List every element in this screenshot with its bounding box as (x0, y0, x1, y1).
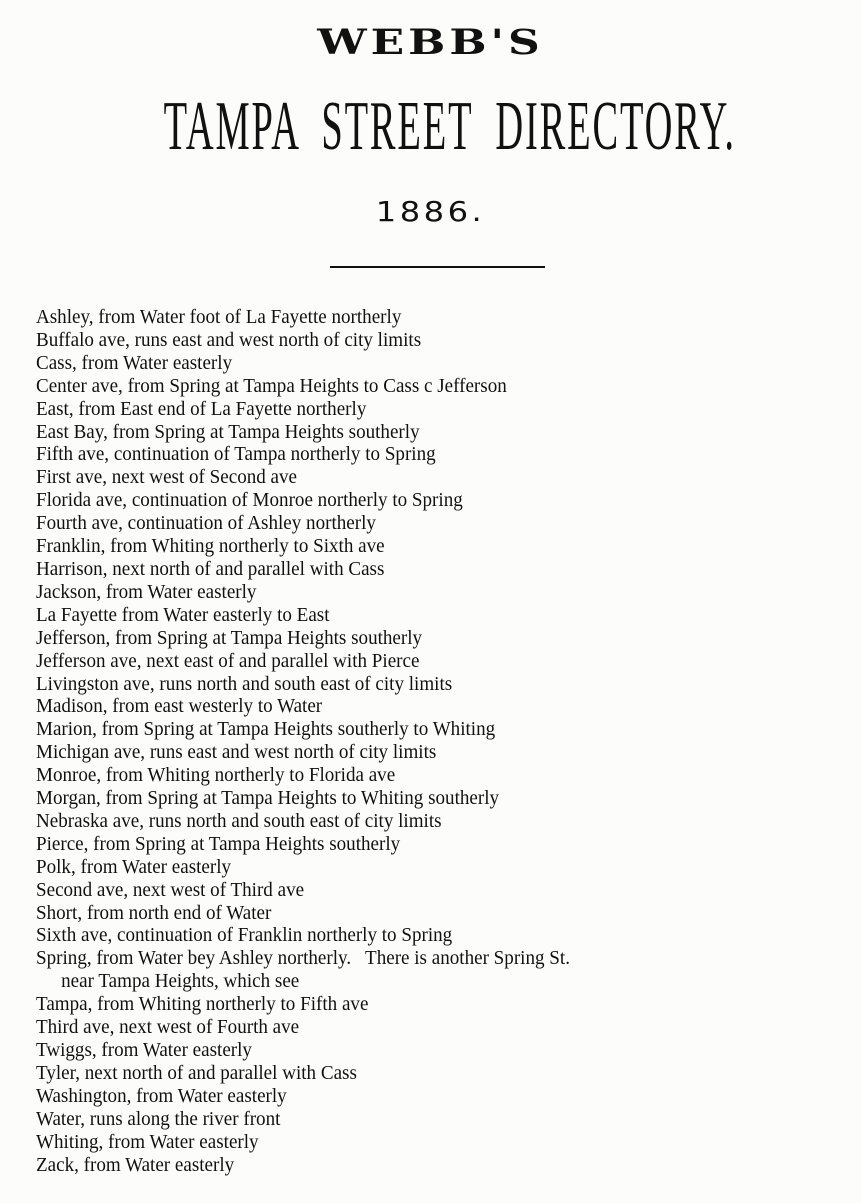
publication-year: 1886. (0, 198, 861, 226)
street-entry: Ashley, from Water foot of La Fayette no… (36, 306, 570, 329)
street-entry: Water, runs along the river front (36, 1108, 570, 1131)
street-entry: Jefferson, from Spring at Tampa Heights … (36, 627, 570, 650)
street-entry: Nebraska ave, runs north and south east … (36, 810, 570, 833)
street-entry: Pierce, from Spring at Tampa Heights sou… (36, 833, 570, 856)
street-entry: Tyler, next north of and parallel with C… (36, 1062, 570, 1085)
street-entry: East, from East end of La Fayette northe… (36, 398, 570, 421)
street-entry: Jackson, from Water easterly (36, 581, 570, 604)
directory-page: WEBB'S TAMPA STREET DIRECTORY. 1886. Ash… (0, 0, 861, 1203)
street-entry: Center ave, from Spring at Tampa Heights… (36, 375, 570, 398)
street-entry: Fifth ave, continuation of Tampa norther… (36, 443, 570, 466)
street-entry: La Fayette from Water easterly to East (36, 604, 570, 627)
street-entry: Washington, from Water easterly (36, 1085, 570, 1108)
street-entry: Fourth ave, continuation of Ashley north… (36, 512, 570, 535)
street-entry: Marion, from Spring at Tampa Heights sou… (36, 718, 570, 741)
street-entry: Whiting, from Water easterly (36, 1131, 570, 1154)
title-divider (330, 266, 545, 268)
street-entry: Michigan ave, runs east and west north o… (36, 741, 570, 764)
street-entry: Franklin, from Whiting northerly to Sixt… (36, 535, 570, 558)
street-entry: Livingston ave, runs north and south eas… (36, 673, 570, 696)
street-entry: Harrison, next north of and parallel wit… (36, 558, 570, 581)
street-entry: Short, from north end of Water (36, 902, 570, 925)
street-entry: Spring, from Water bey Ashley northerly.… (36, 947, 570, 970)
street-entry: Cass, from Water easterly (36, 352, 570, 375)
street-list: Ashley, from Water foot of La Fayette no… (36, 306, 610, 1176)
street-entry: First ave, next west of Second ave (36, 466, 570, 489)
street-entry: Florida ave, continuation of Monroe nort… (36, 489, 570, 512)
street-entry: Third ave, next west of Fourth ave (36, 1016, 570, 1039)
street-entry: Polk, from Water easterly (36, 856, 570, 879)
street-entry: Madison, from east westerly to Water (36, 695, 570, 718)
publisher-name: WEBB'S (0, 26, 861, 60)
street-entry-continuation: near Tampa Heights, which see (36, 970, 570, 993)
street-entry: Tampa, from Whiting northerly to Fifth a… (36, 993, 570, 1016)
street-entry: Sixth ave, continuation of Franklin nort… (36, 924, 570, 947)
street-entry: Monroe, from Whiting northerly to Florid… (36, 764, 570, 787)
street-entry: Morgan, from Spring at Tampa Heights to … (36, 787, 570, 810)
page-title: TAMPA STREET DIRECTORY. (164, 92, 698, 161)
street-entry: Twiggs, from Water easterly (36, 1039, 570, 1062)
street-entry: Zack, from Water easterly (36, 1154, 570, 1177)
street-entry: East Bay, from Spring at Tampa Heights s… (36, 421, 570, 444)
street-entry: Buffalo ave, runs east and west north of… (36, 329, 570, 352)
street-entry: Jefferson ave, next east of and parallel… (36, 650, 570, 673)
street-entry: Second ave, next west of Third ave (36, 879, 570, 902)
